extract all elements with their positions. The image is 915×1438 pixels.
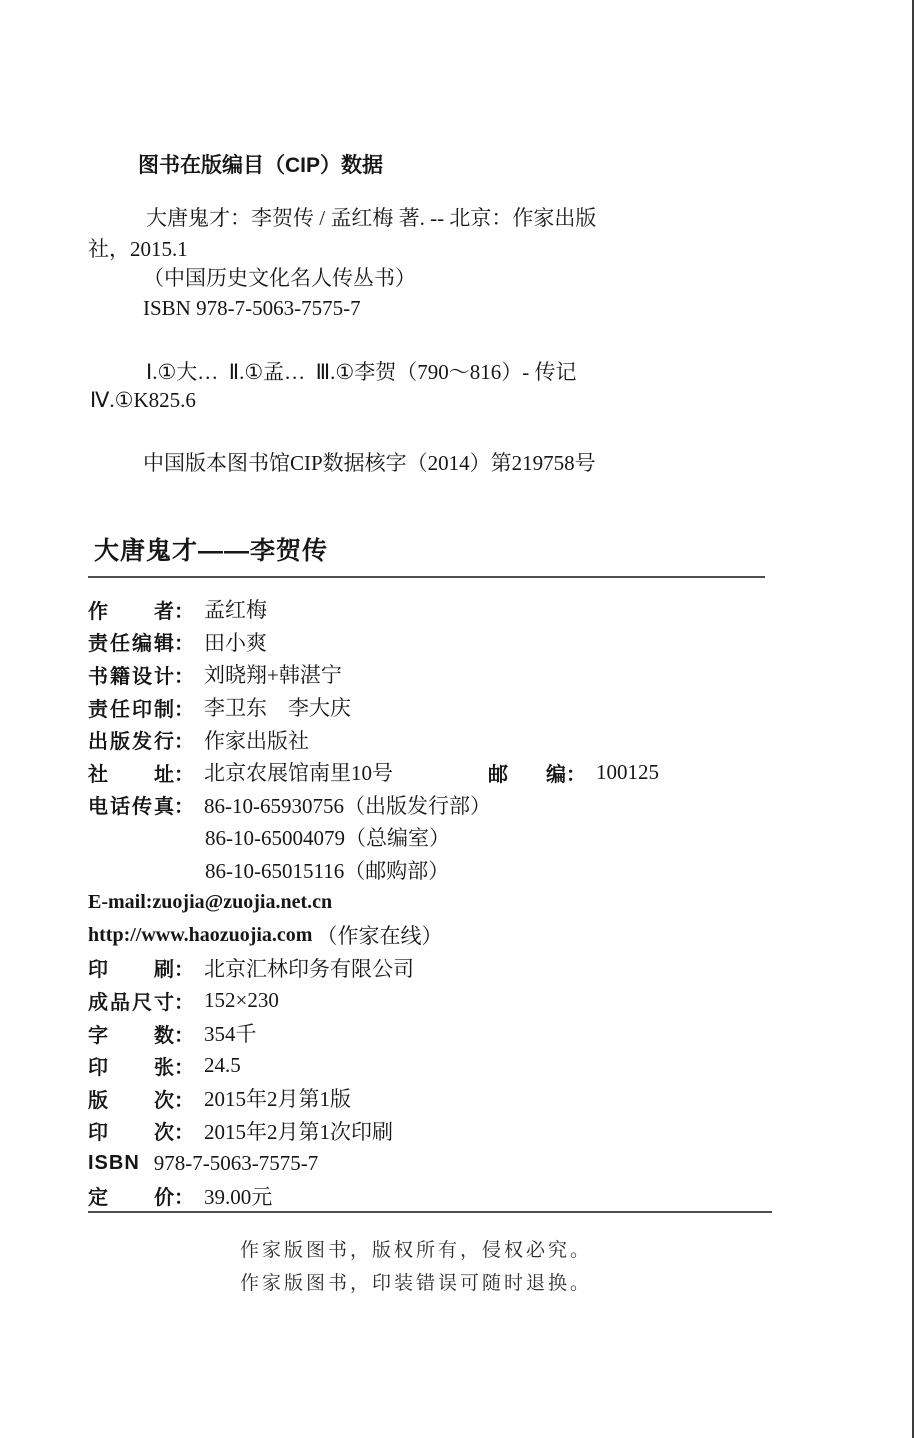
label-colon: ：	[174, 790, 194, 819]
cip-registry-number: 中国版本图书馆CIP数据核字（2014）第219758号	[143, 447, 596, 477]
row-phone-2: 86-10-65004079（总编室）	[88, 821, 828, 854]
field-label: 电话传真	[88, 790, 174, 819]
row-editor: 责任编辑：田小爽	[88, 626, 828, 659]
field-value: 39.00元	[204, 1181, 272, 1211]
field-value: 刘晓翔+韩湛宁	[204, 659, 342, 689]
label-colon: ：	[174, 1019, 194, 1048]
field-label: 成品尺寸	[88, 986, 174, 1015]
return-policy-disclaimer: 作家版图书，印装错误可随时退换。	[240, 1268, 592, 1295]
field-value: 354千	[204, 1018, 257, 1048]
cip-classification-line2: Ⅳ.①K825.6	[90, 388, 196, 413]
scan-edge-line	[912, 0, 914, 1438]
row-phone-fax: 电话传真：86-10-65930756（出版发行部）	[88, 789, 828, 822]
label-colon: ：	[174, 725, 194, 754]
field-value: 2015年2月第1次印刷	[204, 1116, 393, 1146]
row-sheets: 印张：24.5	[88, 1049, 828, 1082]
label-colon: ：	[174, 660, 194, 689]
field-value: 作家出版社	[204, 725, 309, 755]
field-value: 田小爽	[204, 627, 267, 657]
postcode-label: 邮编	[488, 758, 566, 787]
row-email: E-mail:zuojia@zuojia.net.cn	[88, 886, 828, 919]
postcode-value: 100125	[596, 760, 659, 785]
copyright-disclaimer: 作家版图书，版权所有，侵权必究。	[240, 1235, 592, 1262]
book-title: 大唐鬼才——李贺传	[94, 531, 328, 567]
row-book-design: 书籍设计：刘晓翔+韩湛宁	[88, 658, 828, 691]
label-colon: ：	[174, 1181, 194, 1210]
cip-bibliographic-line2: 社，2015.1	[88, 233, 188, 263]
cip-header: 图书在版编目（CIP）数据	[138, 149, 383, 179]
label-colon: ：	[174, 595, 194, 624]
isbn-label: ISBN	[88, 1152, 140, 1175]
field-value: 2015年2月第1版	[204, 1083, 351, 1113]
label-colon: ：	[566, 758, 586, 787]
field-label: 印次	[88, 1116, 174, 1145]
label-colon: ：	[174, 693, 194, 722]
row-trim-size: 成品尺寸：152×230	[88, 984, 828, 1017]
field-label: 定价	[88, 1181, 174, 1210]
field-value: 86-10-65015116（邮购部）	[205, 855, 449, 885]
row-price: 定价：39.00元	[88, 1180, 828, 1213]
label-colon: ：	[174, 627, 194, 656]
row-printing: 印次：2015年2月第1次印刷	[88, 1115, 828, 1148]
field-label: 书籍设计	[88, 660, 174, 689]
row-address: 社址：北京农展馆南里10号 邮编：100125	[88, 756, 828, 789]
label-colon: ：	[174, 1084, 194, 1113]
label-colon: ：	[174, 953, 194, 982]
label-colon: ：	[174, 986, 194, 1015]
website-note: （作家在线）	[316, 920, 442, 950]
field-value: 86-10-65930756（出版发行部）	[204, 790, 491, 820]
field-label: 责任编辑	[88, 627, 174, 656]
row-website: http://www.haozuojia.com（作家在线）	[88, 919, 828, 952]
colophon-list: 作者：孟红梅 责任编辑：田小爽 书籍设计：刘晓翔+韩湛宁 责任印制：李卫东 李大…	[88, 593, 828, 1212]
cip-series-note: （中国历史文化名人传丛书）	[143, 262, 416, 292]
field-value: 86-10-65004079（总编室）	[205, 822, 450, 852]
row-author: 作者：孟红梅	[88, 593, 828, 626]
field-label: 出版发行	[88, 725, 174, 754]
field-label: 责任印制	[88, 693, 174, 722]
field-value: 北京汇林印务有限公司	[204, 953, 414, 983]
footer-divider-rule	[88, 1211, 772, 1213]
email-address: E-mail:zuojia@zuojia.net.cn	[88, 891, 332, 914]
isbn-value: 978-7-5063-7575-7	[154, 1151, 318, 1176]
label-colon: ：	[174, 1116, 194, 1145]
row-isbn: ISBN978-7-5063-7575-7	[88, 1147, 828, 1180]
field-label: 作者	[88, 595, 174, 624]
field-value: 24.5	[204, 1053, 241, 1078]
field-value: 152×230	[204, 988, 279, 1013]
field-value: 北京农展馆南里10号	[204, 757, 393, 787]
field-label: 字数	[88, 1019, 174, 1048]
field-label: 印张	[88, 1051, 174, 1080]
row-edition: 版次：2015年2月第1版	[88, 1082, 828, 1115]
row-word-count: 字数：354千	[88, 1017, 828, 1050]
field-value: 孟红梅	[204, 594, 267, 624]
cip-classification-line1: Ⅰ.①大… Ⅱ.①孟… Ⅲ.①李贺（790～816）- 传记	[146, 356, 576, 386]
row-print-supervisor: 责任印制：李卫东 李大庆	[88, 691, 828, 724]
row-phone-3: 86-10-65015116（邮购部）	[88, 854, 828, 887]
row-printer: 印刷：北京汇林印务有限公司	[88, 952, 828, 985]
field-value: 李卫东 李大庆	[204, 692, 351, 722]
label-colon: ：	[174, 1051, 194, 1080]
copyright-page: 图书在版编目（CIP）数据 大唐鬼才：李贺传 / 孟红梅 著. -- 北京：作家…	[0, 0, 915, 1438]
row-publisher: 出版发行：作家出版社	[88, 723, 828, 756]
field-label: 社址	[88, 758, 174, 787]
cip-bibliographic-line1: 大唐鬼才：李贺传 / 孟红梅 著. -- 北京：作家出版	[146, 202, 596, 232]
field-label: 版次	[88, 1084, 174, 1113]
title-divider-rule	[88, 576, 765, 578]
field-label: 印刷	[88, 953, 174, 982]
website-url: http://www.haozuojia.com	[88, 924, 312, 947]
postcode-group: 邮编：100125	[488, 756, 659, 789]
cip-isbn: ISBN 978-7-5063-7575-7	[143, 296, 361, 321]
label-colon: ：	[174, 758, 194, 787]
